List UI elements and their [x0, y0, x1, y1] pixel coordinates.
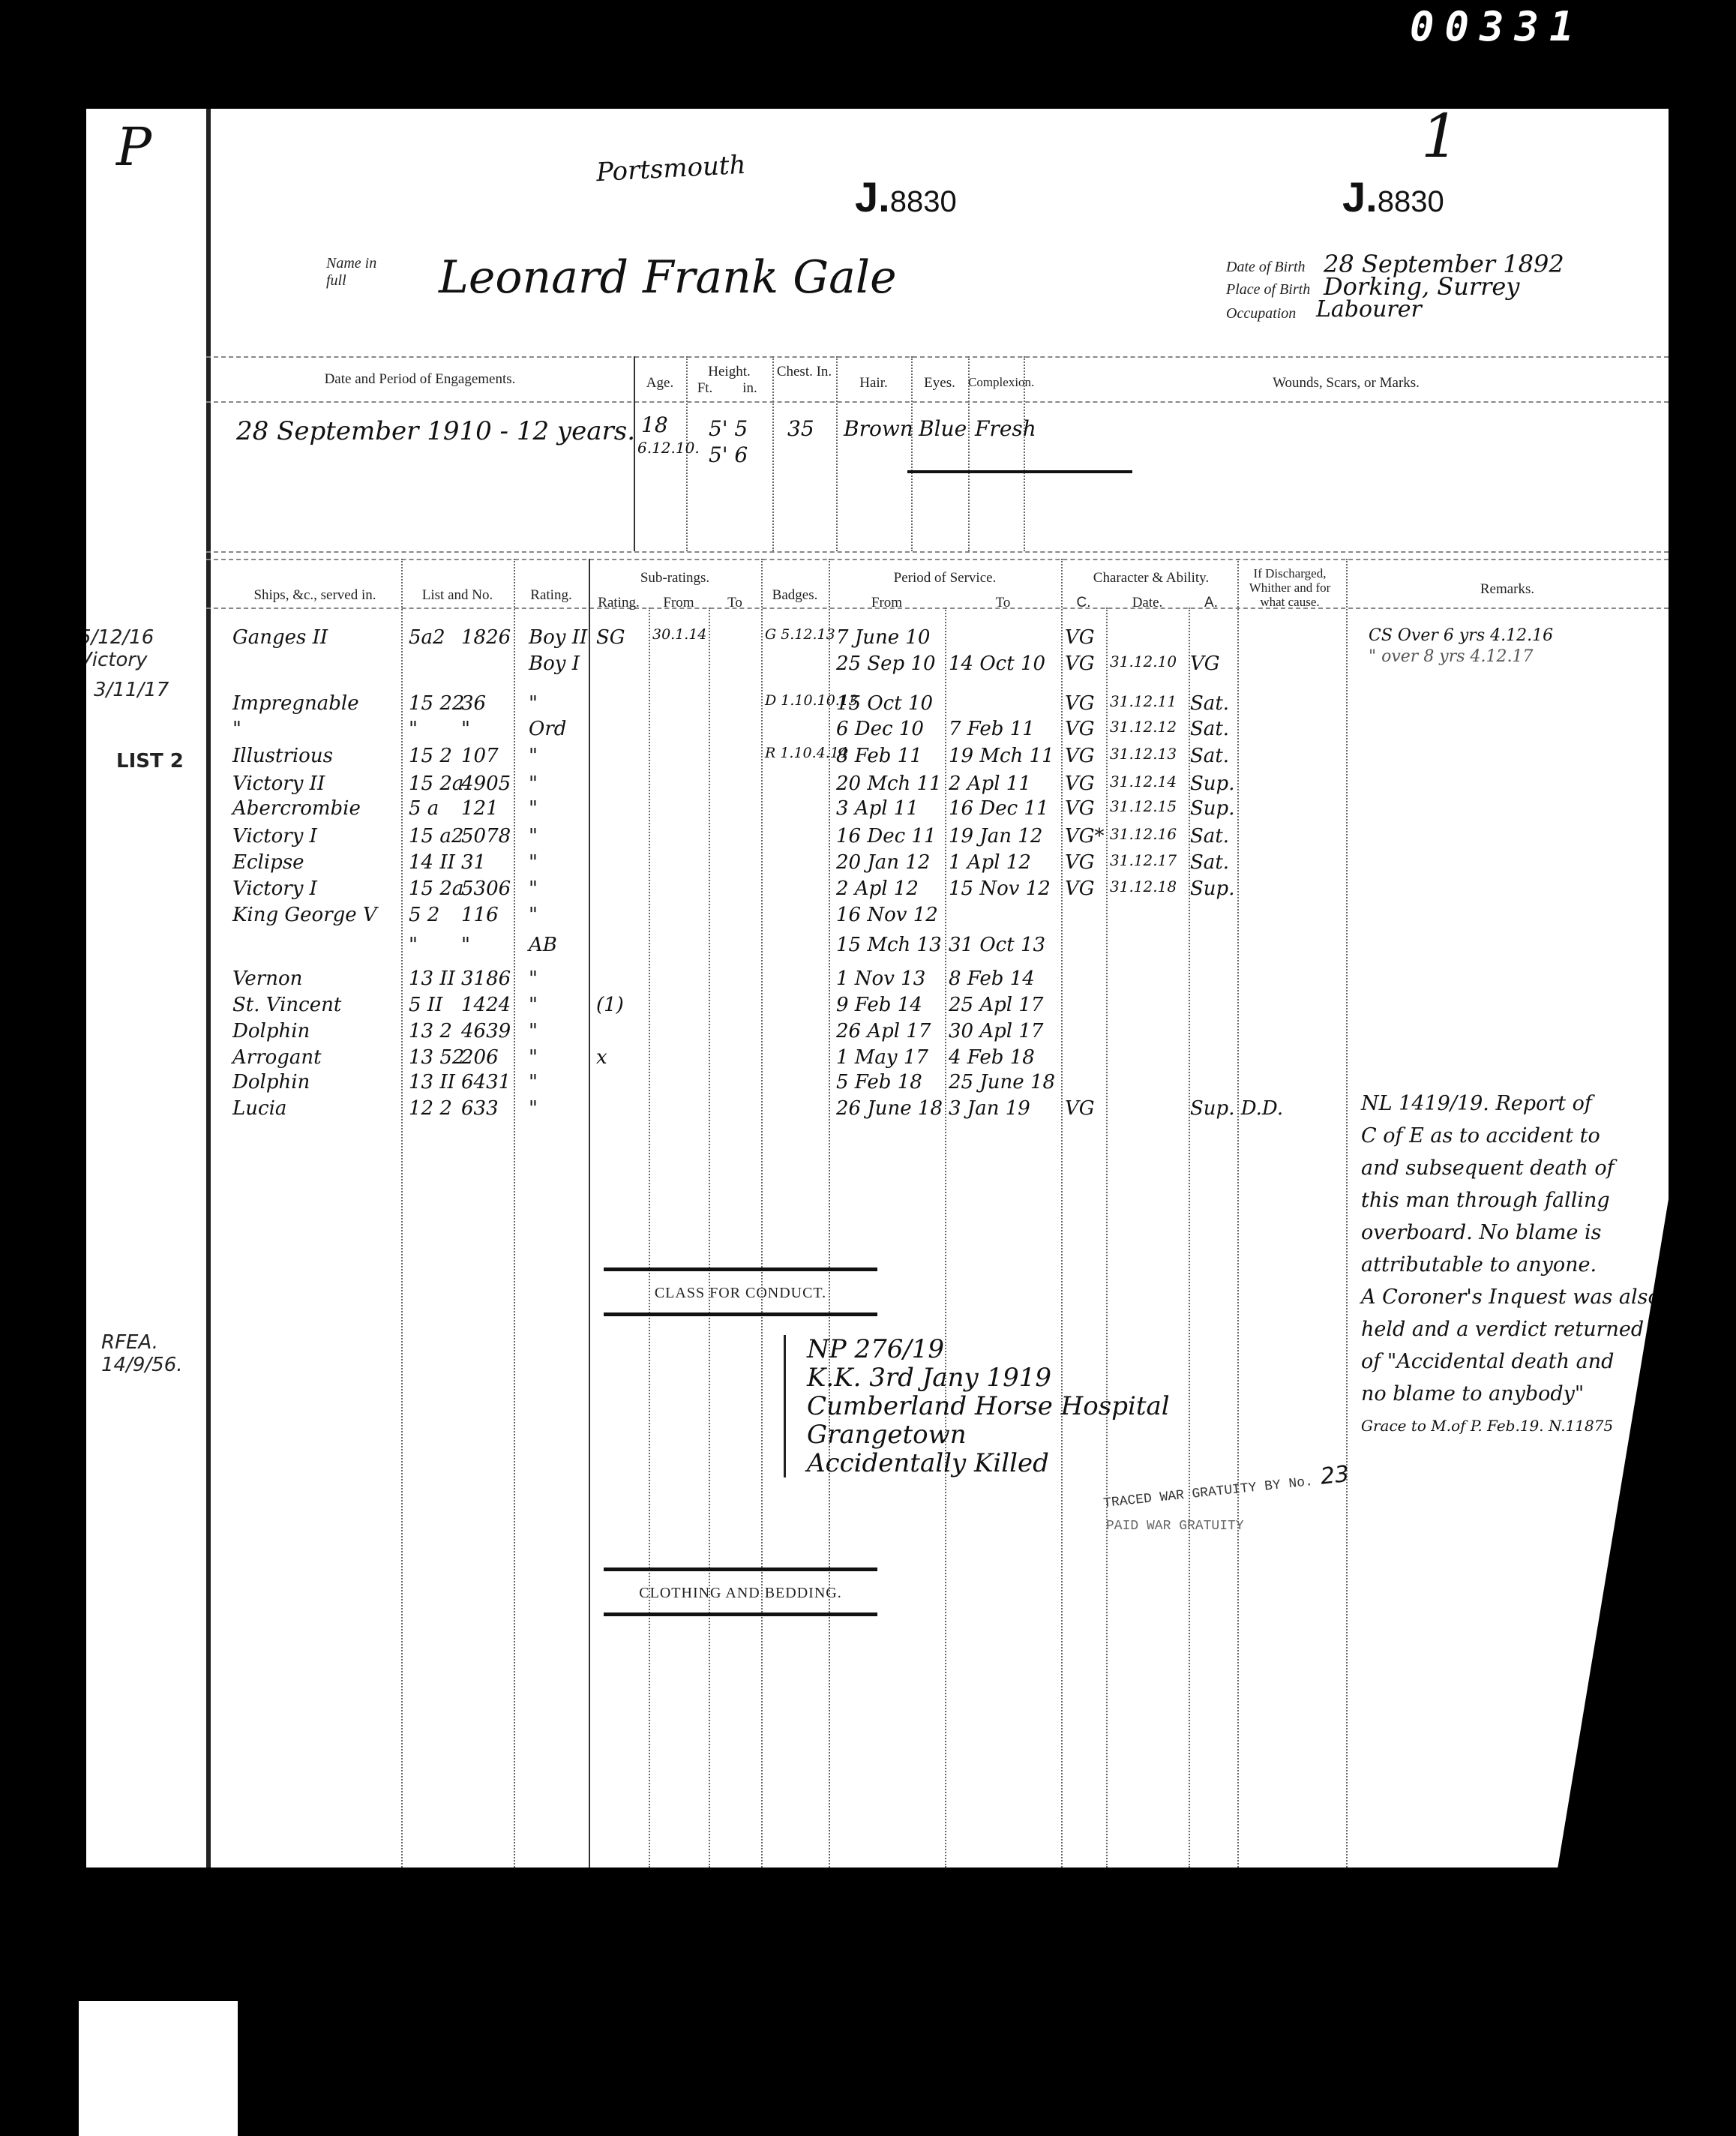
list-number: " [461, 718, 470, 740]
period-to: 25 June 18 [949, 1071, 1055, 1093]
ship-name: Dolphin [232, 1071, 310, 1093]
conduct-line: Grangetown [807, 1420, 1170, 1449]
ability: Sat. [1190, 692, 1229, 715]
age-date: 6.12.10. [637, 439, 700, 457]
corner-mark: P [116, 116, 151, 178]
header-period-to: To [945, 595, 1061, 611]
rating: Boy I [529, 652, 580, 675]
rating: " [529, 904, 538, 926]
header-ships: Ships, &c., served in. [229, 587, 401, 604]
conduct-line: K.K. 3rd Jany 1919 [807, 1363, 1170, 1392]
clothing-bedding-title: CLOTHING AND BEDDING. [604, 1585, 877, 1602]
header-discharged: If Discharged, Whither and for what caus… [1237, 566, 1342, 609]
class-for-conduct-title: CLASS FOR CONDUCT. [604, 1285, 877, 1302]
rating: " [529, 1071, 538, 1093]
character: VG [1065, 772, 1095, 795]
header-date-period: Date and Period of Engagements. [206, 371, 634, 388]
character-date: 31.12.13 [1110, 745, 1177, 763]
header-sub-to: To [709, 595, 761, 611]
ship-name: King George V [232, 904, 377, 926]
ship-name: Victory I [232, 877, 317, 900]
list-number: 36 [461, 692, 486, 715]
period-from: 26 June 18 [836, 1097, 943, 1120]
list: 5 a [409, 797, 439, 820]
engagement-date: 28 September 1910 - 12 years. [236, 416, 635, 446]
character: VG [1065, 877, 1095, 900]
period-to: 16 Dec 11 [949, 797, 1049, 820]
period-from: 2 Apl 12 [836, 877, 919, 900]
period-to: 14 Oct 10 [949, 652, 1045, 675]
rating: " [529, 825, 538, 847]
header-height: Height. [686, 364, 772, 380]
header-period-from: From [829, 595, 945, 611]
complexion-value: Fresh [975, 416, 1036, 441]
character-date: 31.12.11 [1110, 692, 1177, 710]
header-height-in: in. [731, 380, 769, 397]
character: VG [1065, 718, 1095, 740]
ship-name: Dolphin [232, 1020, 310, 1042]
list: 15 22 [409, 692, 464, 715]
list-number: 206 [461, 1046, 499, 1069]
rating: AB [529, 934, 557, 956]
list: 14 II [409, 851, 455, 874]
remark-line: and subsequent death of [1361, 1152, 1661, 1184]
period-to: 30 Apl 17 [949, 1020, 1043, 1042]
ship-name: St. Vincent [232, 994, 341, 1016]
period-from: 5 Feb 18 [836, 1071, 922, 1093]
conduct-line: NP 276/19 [807, 1335, 1170, 1363]
period-to: 19 Jan 12 [949, 825, 1042, 847]
list: 13 II [409, 967, 455, 990]
remark-line: overboard. No blame is [1361, 1216, 1661, 1249]
eyes-value: Blue [919, 416, 967, 441]
character: VG* [1065, 825, 1105, 847]
rating: " [529, 797, 538, 820]
list-number: 5078 [461, 825, 511, 847]
character-date: 31.12.16 [1110, 825, 1177, 843]
rating: Boy II [529, 626, 587, 649]
stub-note: RFEA. 14/9/56. [101, 1331, 199, 1376]
period-from: 8 Feb 11 [836, 745, 922, 767]
list-number: 633 [461, 1097, 499, 1120]
remarks-main: NL 1419/19. Report ofC of E as to accide… [1361, 1087, 1661, 1442]
character: VG [1065, 626, 1095, 649]
conduct-line: Cumberland Horse Hospital [807, 1392, 1170, 1420]
list: 5a2 [409, 626, 445, 649]
header-hair: Hair. [836, 375, 911, 391]
full-name: Leonard Frank Gale [439, 251, 897, 304]
header-eyes: Eyes. [911, 375, 968, 391]
period-to: 2 Apl 11 [949, 772, 1031, 795]
list: " [409, 934, 418, 956]
height-value-2: 5' 6 [709, 442, 748, 467]
rating: " [529, 745, 538, 767]
period-to: 8 Feb 14 [949, 967, 1035, 990]
sub-rating: SG [596, 626, 625, 649]
header-complexion: Complexion. [968, 375, 1024, 390]
header-rating: Rating. [514, 587, 589, 604]
period-to: 19 Mch 11 [949, 745, 1054, 767]
header-height-ft: Ft. [686, 380, 724, 397]
period-from: 15 Mch 13 [836, 934, 942, 956]
rating: " [529, 772, 538, 795]
character-date: 31.12.17 [1110, 851, 1177, 869]
rating: " [529, 851, 538, 874]
character: VG [1065, 745, 1095, 767]
badges: G 5.12.13 [765, 626, 835, 643]
header-char-date: Date. [1106, 595, 1189, 611]
stub-note: LIST 2 [116, 750, 184, 772]
period-from: 25 Sep 10 [836, 652, 936, 675]
period-to: 3 Jan 19 [949, 1097, 1030, 1120]
ship-name: Ganges II [232, 626, 328, 649]
rating: " [529, 1097, 538, 1120]
chest-value: 35 [787, 416, 814, 441]
header-list-no: List and No. [401, 587, 514, 604]
header-char-a: A. [1189, 595, 1234, 611]
ship-name: Abercrombie [232, 797, 361, 820]
dob-label: Date of Birth [1226, 259, 1306, 276]
list: 13 II [409, 1071, 455, 1093]
page-mark: 1 [1421, 101, 1459, 171]
service-record-page: 5/12/16 Victory 3/11/17 LIST 2 RFEA. 14/… [86, 109, 1669, 1867]
list-number: 31 [461, 851, 486, 874]
rating: " [529, 1046, 538, 1069]
list: 15 2a [409, 772, 463, 795]
sub-rating: (1) [596, 994, 624, 1016]
ability: Sup. [1190, 772, 1234, 795]
ability: Sat. [1190, 851, 1229, 874]
header-period: Period of Service. [829, 570, 1061, 586]
ship-name: Victory I [232, 825, 317, 847]
frame-number: 00331 [1410, 3, 1585, 50]
left-stub: 5/12/16 Victory 3/11/17 LIST 2 RFEA. 14/… [86, 109, 211, 1867]
header-chest: Chest. In. [772, 364, 836, 380]
period-to: 7 Feb 11 [949, 718, 1035, 740]
period-to: 25 Apl 17 [949, 994, 1043, 1016]
remark-top: " over 8 yrs 4.12.17 [1369, 647, 1534, 666]
remark-line: of "Accidental death and [1361, 1345, 1661, 1378]
period-to: 1 Apl 12 [949, 851, 1031, 874]
character: VG [1065, 797, 1095, 820]
header-character: Character & Ability. [1061, 570, 1241, 586]
ability: Sup. [1190, 877, 1234, 900]
remark-line: NL 1419/19. Report of [1361, 1087, 1661, 1120]
header-remarks: Remarks. [1346, 581, 1669, 598]
occupation-label: Occupation [1226, 305, 1296, 322]
list-number: 1424 [461, 994, 511, 1016]
list-number: 4639 [461, 1020, 511, 1042]
period-from: 20 Jan 12 [836, 851, 930, 874]
list: 12 2 [409, 1097, 452, 1120]
header-wounds: Wounds, Scars, or Marks. [1024, 375, 1669, 391]
list-number: 116 [461, 904, 499, 926]
ability: Sat. [1190, 718, 1229, 740]
remark-top: CS Over 6 yrs 4.12.16 [1369, 626, 1553, 645]
header-char-c: C. [1061, 595, 1106, 611]
header-badges: Badges. [761, 587, 829, 604]
period-from: 16 Dec 11 [836, 825, 937, 847]
ship-name: Eclipse [232, 851, 304, 874]
ability: Sat. [1190, 825, 1229, 847]
stub-note: 5/12/16 Victory [79, 626, 206, 671]
rating: " [529, 692, 538, 715]
header-sub-rating: Rating. [589, 595, 649, 611]
ship-name: Impregnable [232, 692, 359, 715]
paid-gratuity-stamp: PAID WAR GRATUITY [1106, 1519, 1244, 1534]
ability: Sup. [1190, 797, 1234, 820]
character: VG [1065, 692, 1095, 715]
stub-note: 3/11/17 [94, 679, 169, 701]
list-number: 6431 [461, 1071, 511, 1093]
remark-line: A Coroner's Inquest was also [1361, 1281, 1661, 1313]
pob-label: Place of Birth [1226, 281, 1310, 298]
official-number-right: J.8830 [1342, 172, 1444, 221]
list: 5 2 [409, 904, 439, 926]
period-from: 9 Feb 14 [836, 994, 922, 1016]
port-division: Portsmouth [595, 150, 746, 187]
period-from: 1 May 17 [836, 1046, 928, 1069]
remark-line: no blame to anybody" [1361, 1378, 1661, 1410]
ship-name: Lucia [232, 1097, 286, 1120]
rating: " [529, 967, 538, 990]
header-sub-ratings: Sub-ratings. [589, 570, 761, 586]
hair-value: Brown [844, 416, 913, 441]
list: 13 52 [409, 1046, 464, 1069]
list: " [409, 718, 418, 740]
list: 15 2 [409, 745, 452, 767]
white-label [79, 2001, 238, 2136]
period-from: 3 Apl 11 [836, 797, 919, 820]
conduct-notes: NP 276/19K.K. 3rd Jany 1919Cumberland Ho… [784, 1335, 1170, 1477]
remark-line: C of E as to accident to [1361, 1120, 1661, 1152]
list-number: " [461, 934, 470, 956]
period-to: 31 Oct 13 [949, 934, 1045, 956]
ability: Sup. D.D. [1190, 1097, 1283, 1120]
rating: " [529, 1020, 538, 1042]
rating: " [529, 877, 538, 900]
conduct-line: Accidentally Killed [807, 1449, 1170, 1477]
list: 15 2a [409, 877, 463, 900]
list: 13 2 [409, 1020, 452, 1042]
period-from: 7 June 10 [836, 626, 930, 649]
remark-line: held and a verdict returned [1361, 1313, 1661, 1345]
character: VG [1065, 851, 1095, 874]
ship-name: Arrogant [232, 1046, 322, 1069]
header-age: Age. [634, 375, 686, 391]
character-date: 31.12.15 [1110, 797, 1177, 815]
header-sub-from: From [649, 595, 709, 611]
list-number: 107 [461, 745, 499, 767]
ability: Sat. [1190, 745, 1229, 767]
ship-name: Vernon [232, 967, 302, 990]
list-number: 4905 [461, 772, 511, 795]
sub-rating: x [596, 1046, 607, 1069]
character-date: 31.12.10 [1110, 652, 1177, 670]
period-from: 20 Mch 11 [836, 772, 942, 795]
list-number: 3186 [461, 967, 511, 990]
remark-line: attributable to anyone. [1361, 1249, 1661, 1281]
remark-line: Grace to M.of P. Feb.19. N.11875 [1361, 1410, 1661, 1442]
ship-name: Illustrious [232, 745, 333, 767]
list-number: 121 [461, 797, 499, 820]
official-number-left: J.8830 [855, 172, 957, 221]
height-value: 5' 5 [709, 416, 748, 441]
character-date: 31.12.18 [1110, 877, 1177, 895]
character-date: 31.12.14 [1110, 772, 1177, 790]
period-to: 4 Feb 18 [949, 1046, 1035, 1069]
sub-from: 30.1.14 [652, 626, 707, 643]
character: VG [1065, 652, 1095, 675]
rating: Ord [529, 718, 566, 740]
period-from: 15 Oct 10 [836, 692, 933, 715]
list: 5 II [409, 994, 442, 1016]
character: VG [1065, 1097, 1095, 1120]
list-number: 5306 [461, 877, 511, 900]
list: 15 a2 [409, 825, 463, 847]
name-label: Name in full [326, 255, 394, 289]
age-value: 18 [641, 412, 668, 437]
rating: " [529, 994, 538, 1016]
character-date: 31.12.12 [1110, 718, 1177, 736]
period-from: 16 Nov 12 [836, 904, 938, 926]
ship-name: Victory II [232, 772, 325, 795]
period-to: 15 Nov 12 [949, 877, 1051, 900]
ship-name: " [232, 718, 241, 740]
remark-line: this man through falling [1361, 1184, 1661, 1216]
ability: VG [1190, 652, 1220, 675]
occupation: Labourer [1316, 296, 1422, 322]
period-from: 1 Nov 13 [836, 967, 925, 990]
period-from: 6 Dec 10 [836, 718, 924, 740]
period-from: 26 Apl 17 [836, 1020, 931, 1042]
list-number: 1826 [461, 626, 511, 649]
